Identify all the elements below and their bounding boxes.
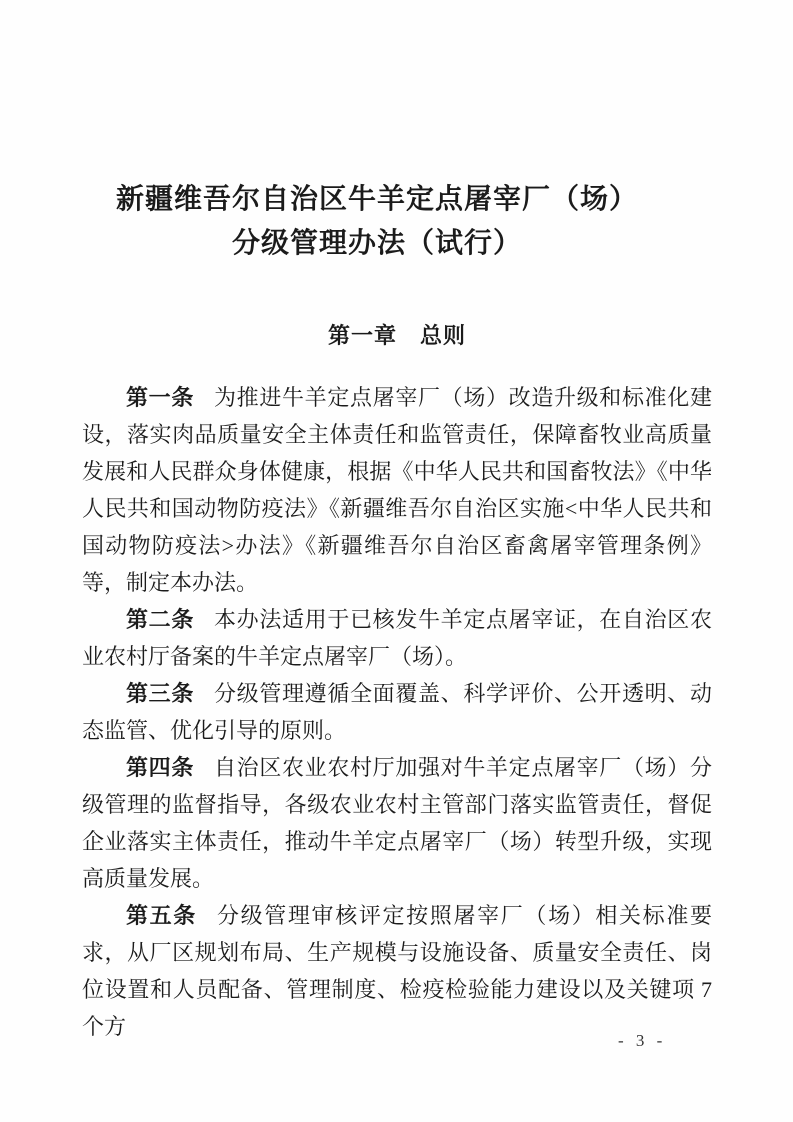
- article-4: 第四条自治区农业农村厅加强对牛羊定点屠宰厂（场）分级管理的监督指导，各级农业农村…: [82, 749, 712, 897]
- article-3: 第三条分级管理遵循全面覆盖、科学评价、公开透明、动态监管、优化引导的原则。: [82, 675, 712, 749]
- article-5-number: 第五条: [126, 903, 197, 928]
- article-1: 第一条为推进牛羊定点屠宰厂（场）改造升级和标准化建设，落实肉品质量安全主体责任和…: [82, 379, 712, 601]
- document-body: 第一条为推进牛羊定点屠宰厂（场）改造升级和标准化建设，落实肉品质量安全主体责任和…: [82, 379, 712, 1045]
- document-title-line-2: 分级管理办法（试行）: [62, 222, 692, 266]
- document-title: 新疆维吾尔自治区牛羊定点屠宰厂（场） 分级管理办法（试行）: [62, 178, 692, 266]
- article-5: 第五条分级管理审核评定按照屠宰厂（场）相关标准要求，从厂区规划布局、生产规模与设…: [82, 897, 712, 1045]
- article-3-number: 第三条: [126, 681, 194, 706]
- article-1-text: 为推进牛羊定点屠宰厂（场）改造升级和标准化建设，落实肉品质量安全主体责任和监管责…: [82, 385, 712, 595]
- article-2-number: 第二条: [126, 607, 194, 632]
- document-title-line-1: 新疆维吾尔自治区牛羊定点屠宰厂（场）: [62, 178, 692, 222]
- document-page: 新疆维吾尔自治区牛羊定点屠宰厂（场） 分级管理办法（试行） 第一章 总则 第一条…: [0, 0, 793, 1122]
- page-number: - 3 -: [618, 1030, 666, 1052]
- article-4-number: 第四条: [126, 755, 194, 780]
- chapter-heading: 第一章 总则: [82, 322, 712, 350]
- article-2: 第二条本办法适用于已核发牛羊定点屠宰证，在自治区农业农村厅备案的牛羊定点屠宰厂（…: [82, 601, 712, 675]
- article-1-number: 第一条: [126, 385, 194, 410]
